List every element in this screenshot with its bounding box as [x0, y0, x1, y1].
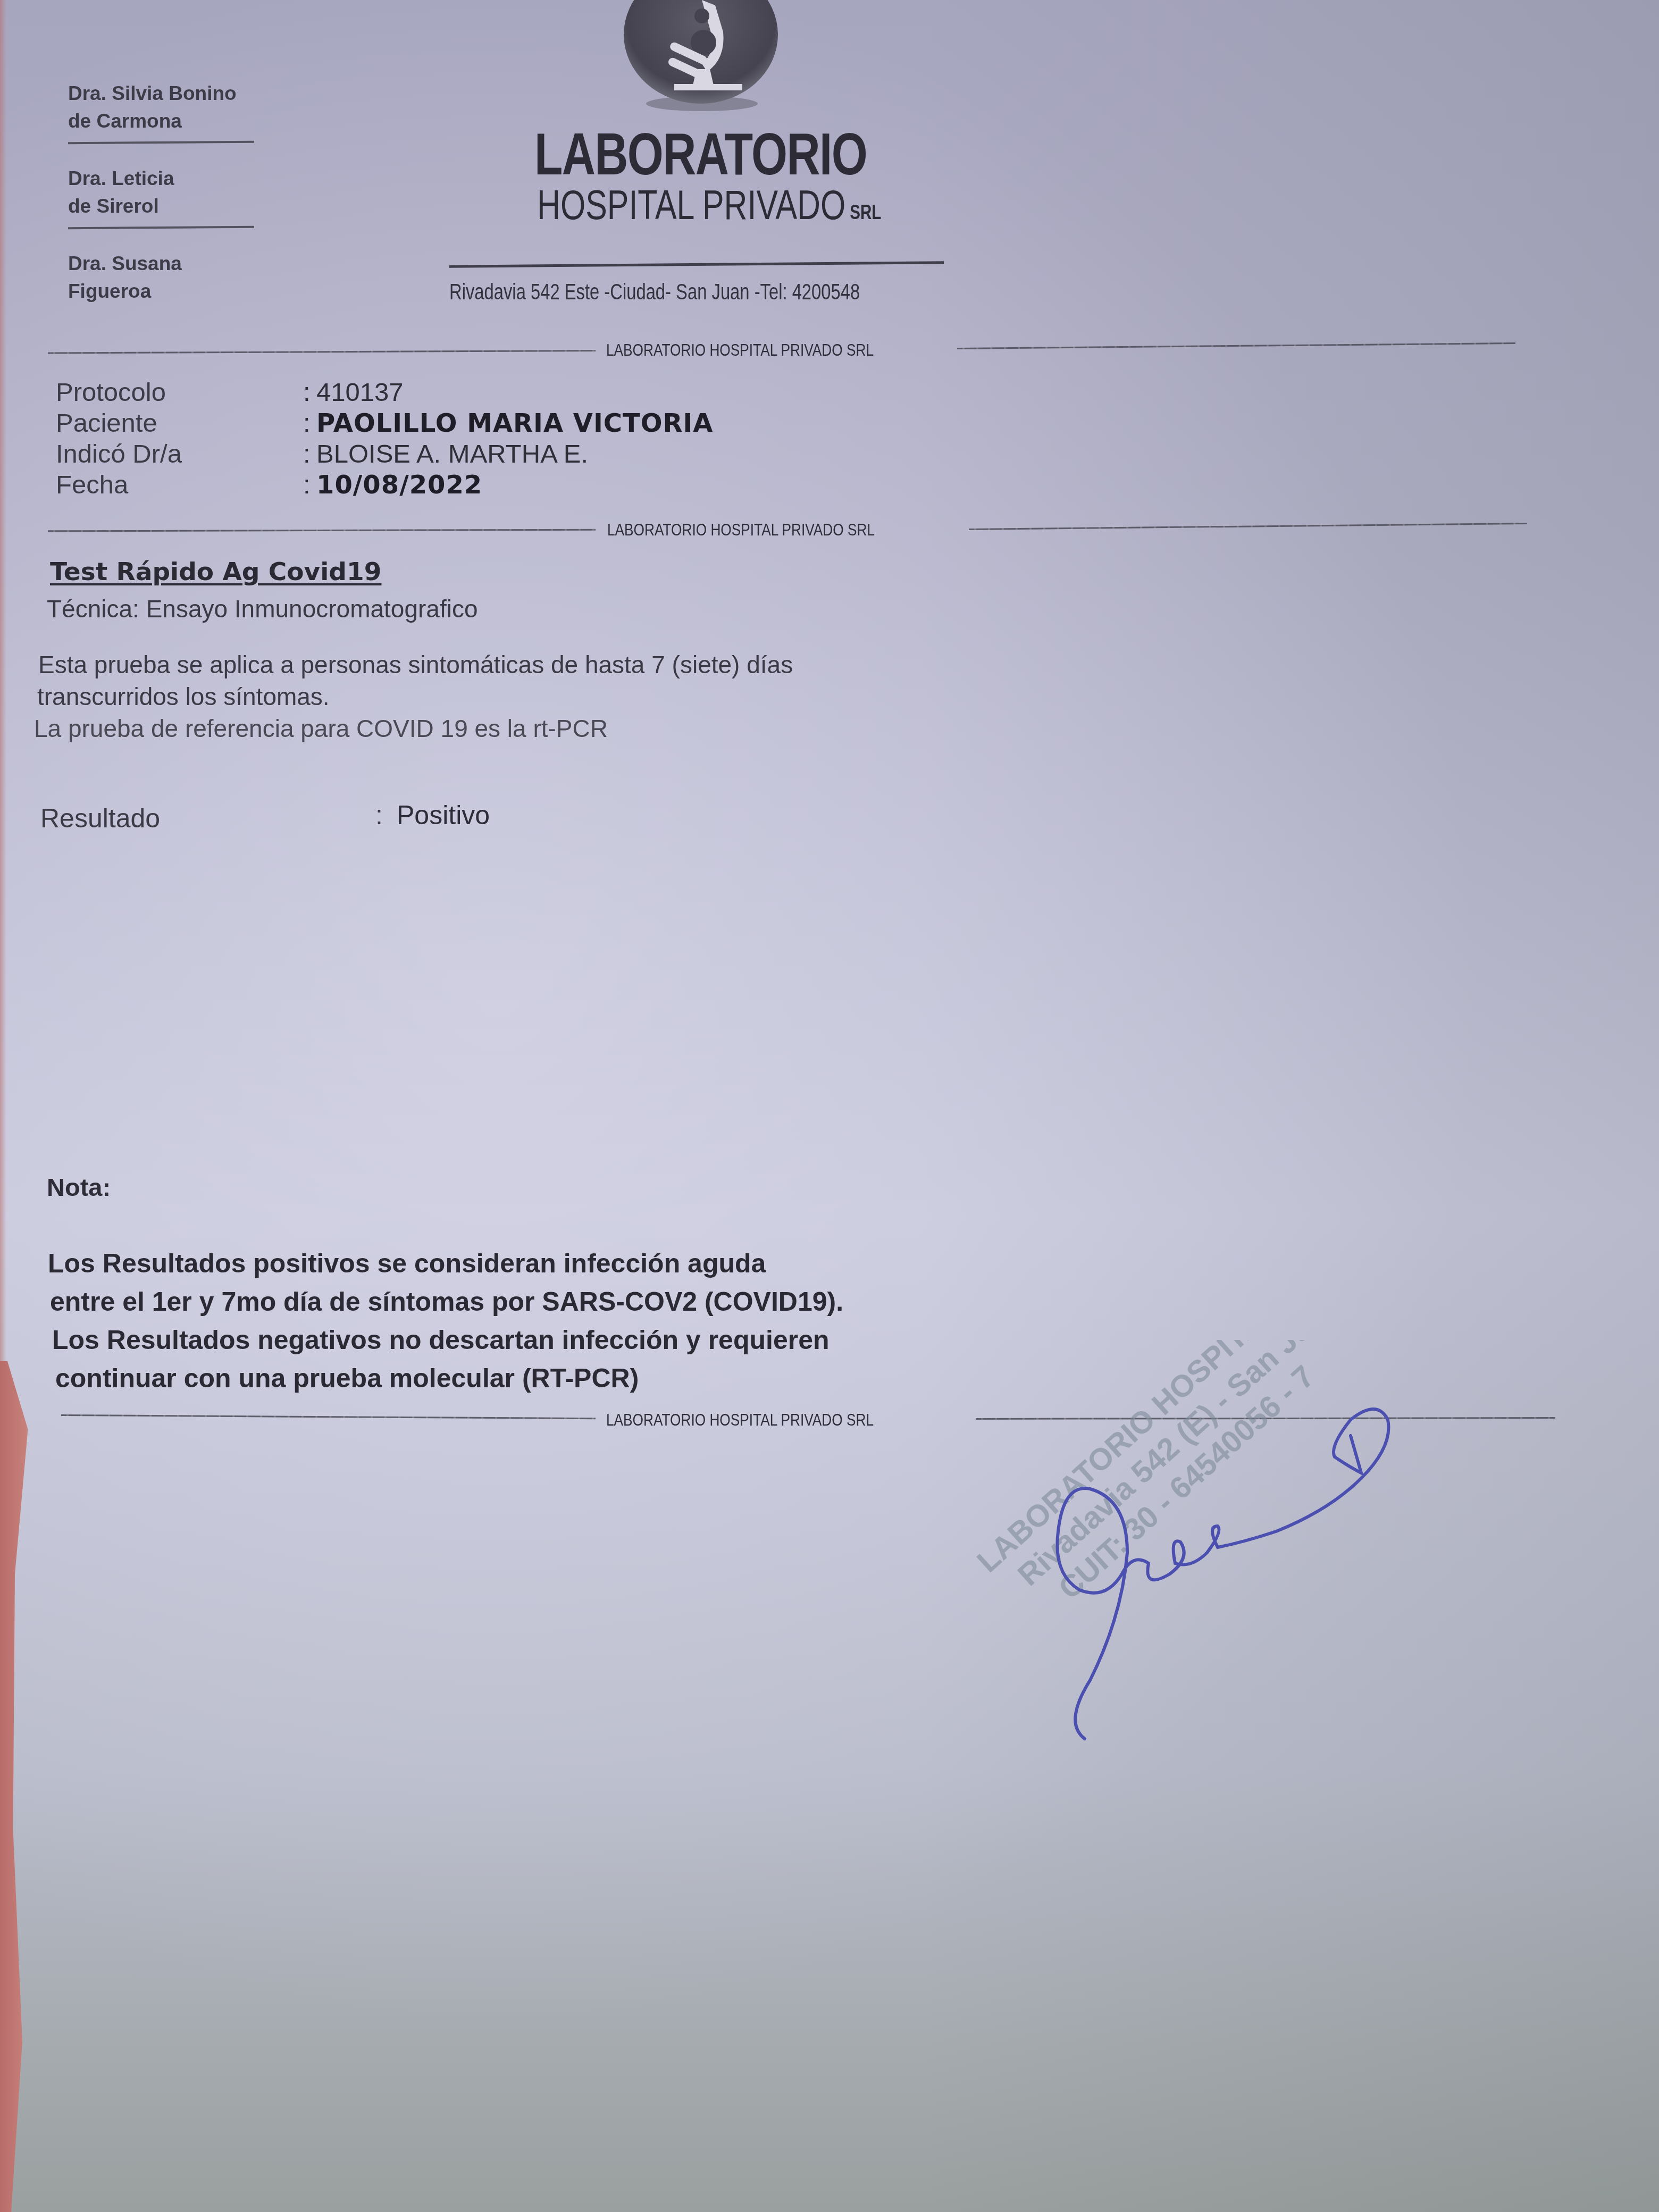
section-separator: LABORATORIO HOSPITAL PRIVADO SRL: [48, 340, 1515, 362]
doctor-divider: [68, 141, 254, 144]
lab-stamp-signature: LABORATORIO HOSPITAL PRIVADO S. R. L Riv…: [968, 1340, 1446, 1744]
lab-address: Rivadavia 542 Este -Ciudad- San Juan -Te…: [449, 279, 860, 305]
doctor-name: Dra. Silvia Bonino: [68, 80, 259, 107]
doctor-surname: de Carmona: [68, 107, 259, 135]
doctor-entry: Dra. Susana Figueroa: [68, 250, 259, 305]
test-description: Esta prueba se aplica a personas sintomá…: [38, 649, 793, 744]
brand-title: LABORATORIO: [534, 120, 867, 188]
doctor-name: Dra. Leticia: [68, 165, 259, 192]
description-line: transcurridos los síntomas.: [37, 681, 793, 713]
result-value: Positivo: [397, 800, 490, 831]
separator-line: [61, 1414, 596, 1419]
microscope-icon: [622, 0, 779, 112]
test-technique: Técnica: Ensayo Inmunocromatografico: [47, 594, 478, 623]
protocol-number: 410137: [316, 378, 404, 407]
nota-line: continuar con una prueba molecular (RT-P…: [55, 1359, 843, 1397]
description-line: Esta prueba se aplica a personas sintomá…: [38, 649, 793, 681]
nota-line: Los Resultados positivos se consideran i…: [48, 1244, 843, 1283]
doctor-entry: Dra. Leticia de Sirerol: [68, 165, 259, 220]
info-label: Fecha: [56, 470, 128, 500]
brand-subtitle: HOSPITAL PRIVADOSRL: [537, 181, 881, 229]
separator-line: [48, 529, 596, 532]
info-colon: :: [303, 378, 311, 407]
section-separator: LABORATORIO HOSPITAL PRIVADO SRL: [48, 520, 1526, 541]
info-colon: :: [303, 470, 311, 500]
report-date: 10/08/2022: [316, 470, 482, 500]
lab-stamp: LABORATORIO HOSPITAL PRIVADO S. R. L Riv…: [970, 1340, 1446, 1635]
patient-name: PAOLILLO MARIA VICTORIA: [316, 408, 714, 438]
info-label: Paciente: [56, 408, 157, 438]
nota-body: Los Resultados positivos se consideran i…: [48, 1244, 843, 1397]
info-label: Protocolo: [56, 378, 166, 407]
separator-line: [957, 342, 1515, 349]
brand-suffix: SRL: [850, 202, 881, 224]
background-red-surface: [0, 1361, 37, 2212]
info-label: Indicó Dr/a: [56, 439, 182, 469]
description-line: La prueba de referencia para COVID 19 es…: [34, 713, 793, 744]
result-colon: :: [375, 800, 383, 831]
separator-label: LABORATORIO HOSPITAL PRIVADO SRL: [606, 340, 874, 360]
nota-line: Los Resultados negativos no descartan in…: [52, 1321, 843, 1359]
header-rule: [449, 261, 944, 267]
result-label: Resultado: [40, 803, 160, 834]
doctors-list: Dra. Silvia Bonino de Carmona Dra. Letic…: [68, 80, 259, 312]
info-colon: :: [303, 439, 311, 469]
separator-label: LABORATORIO HOSPITAL PRIVADO SRL: [606, 1410, 874, 1430]
referring-doctor: BLOISE A. MARTHA E.: [316, 439, 588, 469]
doctor-name: Dra. Susana: [68, 250, 259, 278]
doctor-divider: [68, 226, 254, 229]
separator-line: [48, 350, 596, 354]
separator-label: LABORATORIO HOSPITAL PRIVADO SRL: [607, 520, 875, 540]
info-colon: :: [303, 408, 311, 438]
document-photo: Dra. Silvia Bonino de Carmona Dra. Letic…: [0, 0, 1659, 2212]
separator-line: [969, 523, 1527, 530]
background-edge: [0, 0, 6, 1361]
doctor-entry: Dra. Silvia Bonino de Carmona: [68, 80, 259, 135]
nota-title: Nota:: [47, 1172, 111, 1202]
test-title: Test Rápido Ag Covid19: [50, 557, 381, 586]
nota-line: entre el 1er y 7mo día de síntomas por S…: [50, 1283, 843, 1321]
doctor-surname: de Sirerol: [68, 192, 259, 220]
brand-subtitle-text: HOSPITAL PRIVADO: [537, 181, 845, 228]
doctor-surname: Figueroa: [68, 278, 259, 305]
